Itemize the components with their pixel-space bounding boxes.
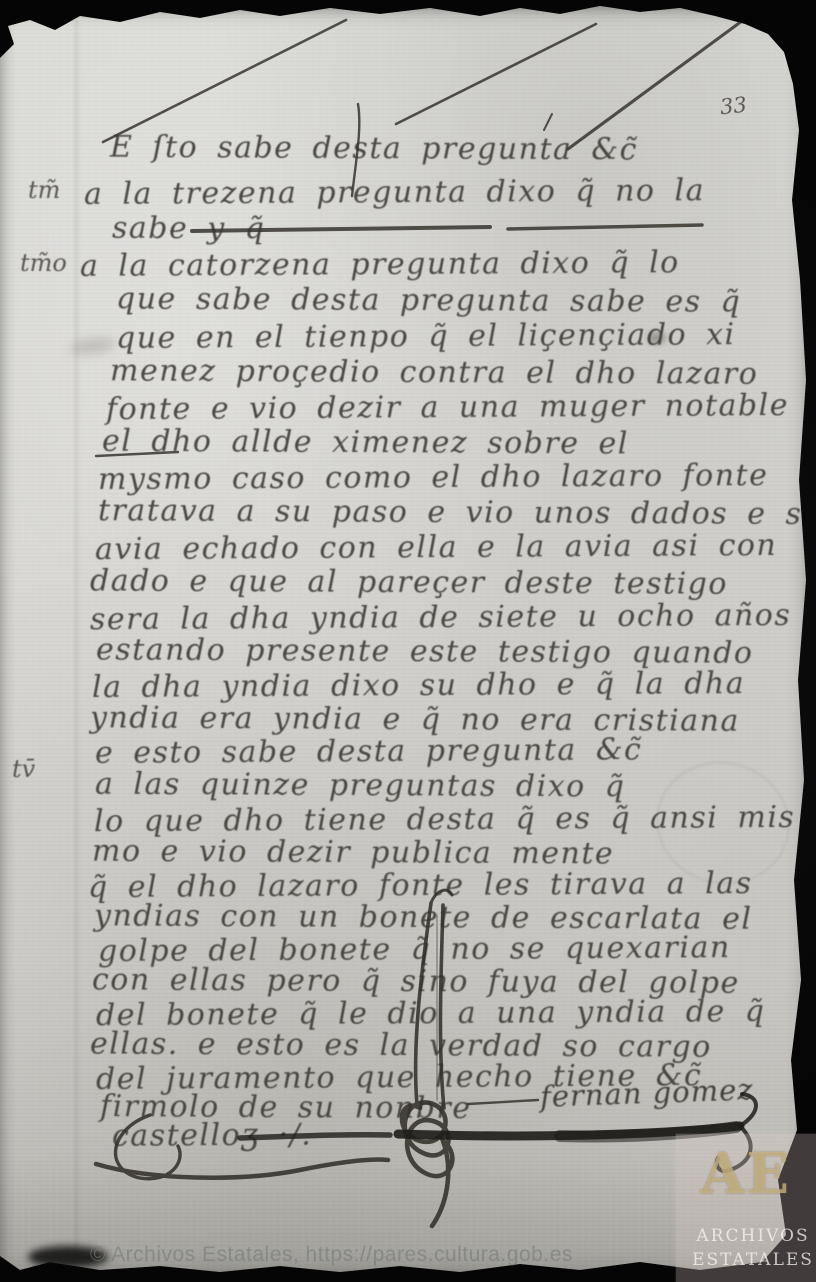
flourish-under-castelloz [96, 1159, 388, 1177]
filler-rule [508, 225, 702, 229]
filler-rule [192, 227, 490, 231]
diagonal-cancellation-stroke [396, 24, 596, 124]
pen-strokes-overlay [0, 0, 816, 1282]
diagonal-cancellation-stroke [568, 18, 746, 149]
strike-end-flourish [740, 1094, 756, 1126]
scanned-manuscript-page: 33 tm̃ tm̃o tv̄ E ſto sabe desta pregunt… [0, 0, 816, 1282]
notarial-rubric-knot [402, 1102, 452, 1226]
logo-text-line: ARCHIVOS [676, 1226, 816, 1246]
parchment-sheet: 33 tm̃ tm̃o tv̄ E ſto sabe desta pregunt… [0, 0, 816, 1282]
archivos-estatales-logo: AE ARCHIVOS ESTATALES [676, 1134, 816, 1282]
tick-mark [544, 114, 552, 130]
signature-connector [468, 1100, 538, 1104]
strike-line-left [240, 1135, 390, 1138]
logo-initials: AE [676, 1146, 816, 1202]
logo-text-line: ESTATALES [676, 1250, 816, 1270]
ascender-stroke [352, 104, 359, 196]
copyright-watermark: © Archivos Estatales, https://pares.cult… [90, 1243, 573, 1267]
notarial-rubric [416, 903, 431, 1105]
notarial-rubric [431, 890, 452, 903]
diagonal-cancellation-stroke [103, 20, 346, 142]
word-overline [96, 452, 178, 456]
notarial-rubric [440, 905, 444, 1108]
